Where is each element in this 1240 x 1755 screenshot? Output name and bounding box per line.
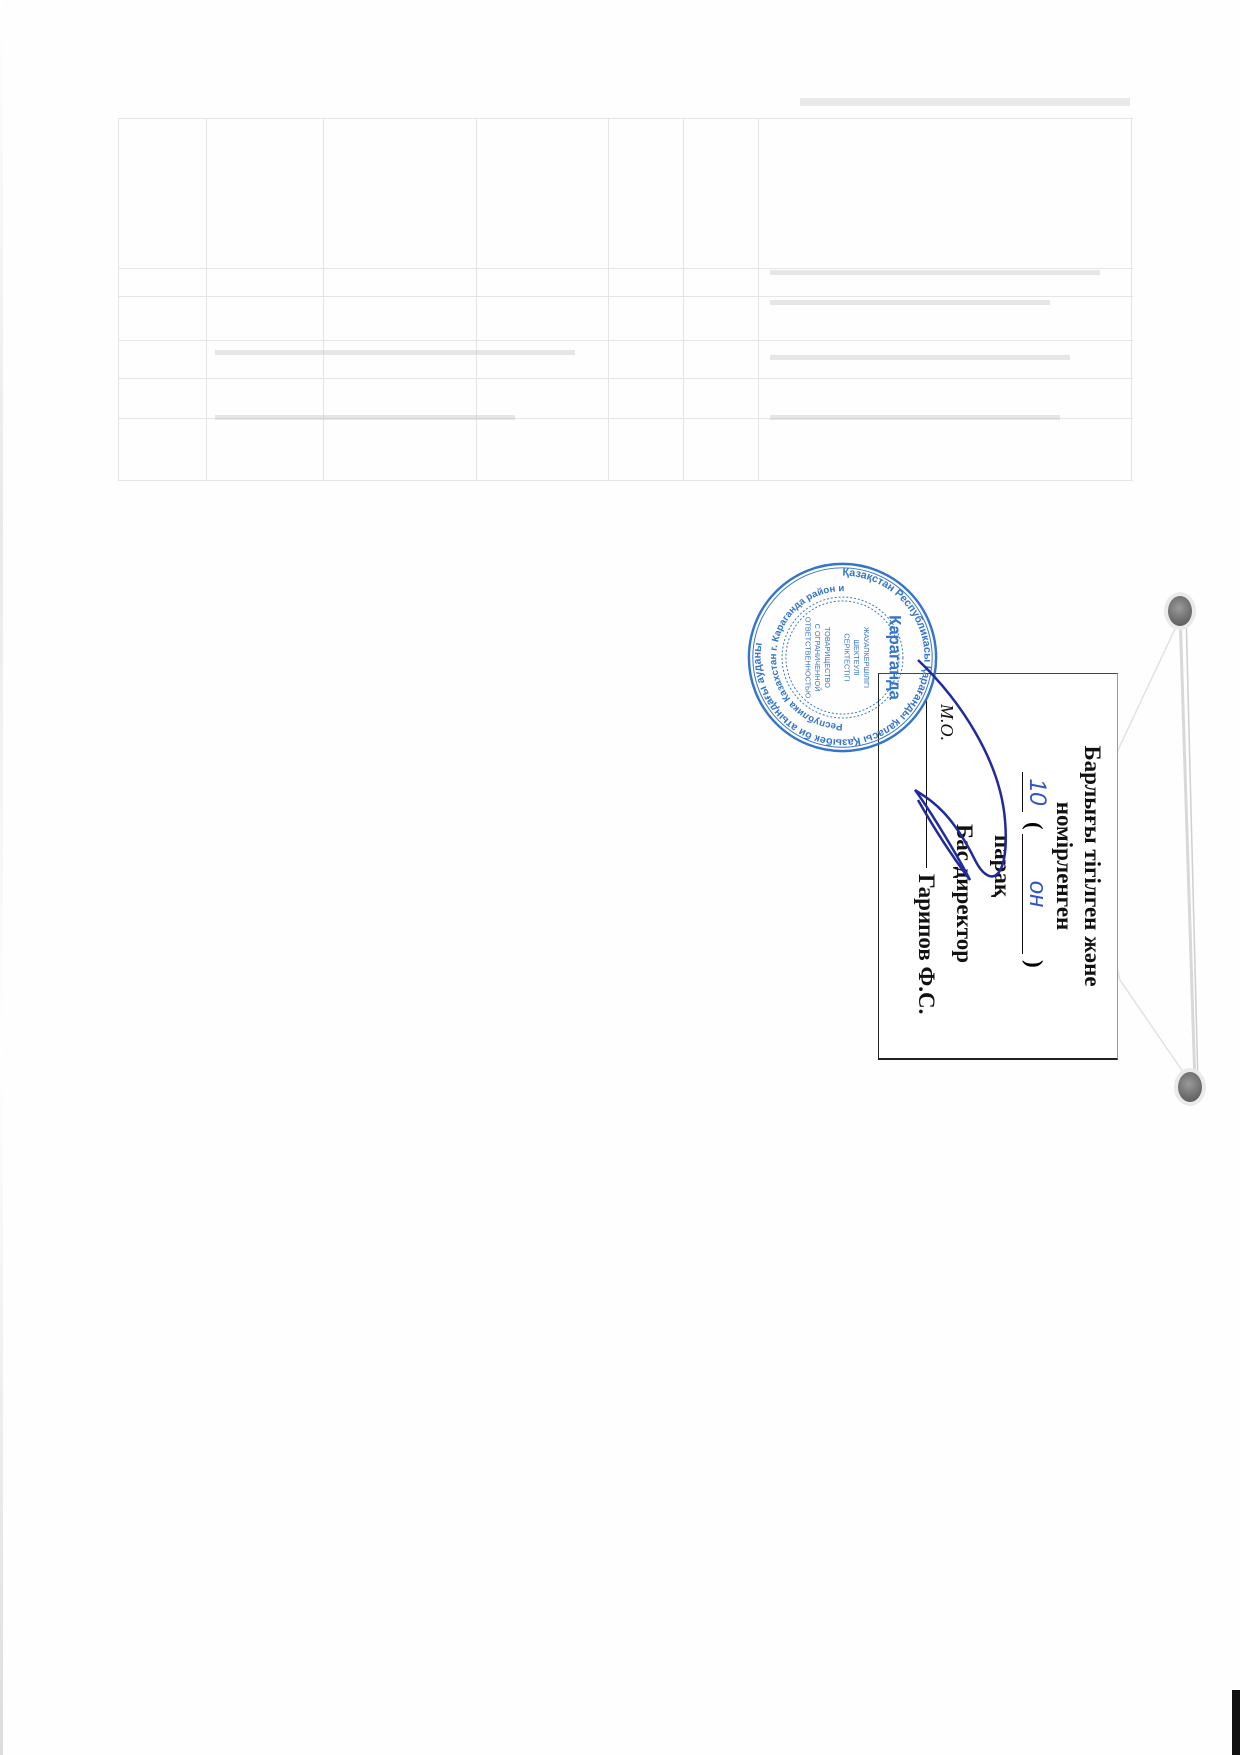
binding-grommet-bottom [1178,1072,1202,1102]
binding-grommet-top [1168,596,1192,626]
svg-text:ОТВЕТСТВЕННОСТЬЮ: ОТВЕТСТВЕННОСТЬЮ [803,617,812,699]
bleed-through-title [800,98,1130,106]
svg-text:ЖАУАПКЕРШІЛІГІ: ЖАУАПКЕРШІЛІГІ [862,627,871,688]
svg-text:ТОВАРИЩЕСТВО: ТОВАРИЩЕСТВО [823,627,832,688]
paren-open: ( [1021,822,1047,830]
label-line-2: номірленген [1051,674,1077,1058]
svg-text:С ОГРАНИЧЕННОЙ: С ОГРАНИЧЕННОЙ [813,624,822,692]
signatory-name: Гарипов Ф.С. [913,874,939,1014]
stamp-place-abbrev: М.О. [936,704,957,741]
svg-text:ШЕКТЕУЛІ: ШЕКТЕУЛІ [852,639,861,675]
scan-edge [0,0,3,1755]
label-line-1: Барлығы тігілген және [1079,674,1105,1058]
signature-line [926,698,927,868]
position-title: Бас директор [951,824,977,963]
scan-edge-mark [1232,1690,1240,1755]
bleed-through-table [118,118,1133,480]
paren-close: ) [1021,960,1047,968]
sheet-count-number: 10 [1022,772,1051,812]
binding-label: Барлығы тігілген және номірленген 10 ( о… [878,673,1118,1060]
sheet-unit: парақ [989,674,1015,1058]
document-page: Барлығы тігілген және номірленген 10 ( о… [0,0,1240,1755]
sheet-count-words: он [1022,834,1051,954]
svg-text:СЕРІКТЕСТІГІ: СЕРІКТЕСТІГІ [842,633,851,681]
